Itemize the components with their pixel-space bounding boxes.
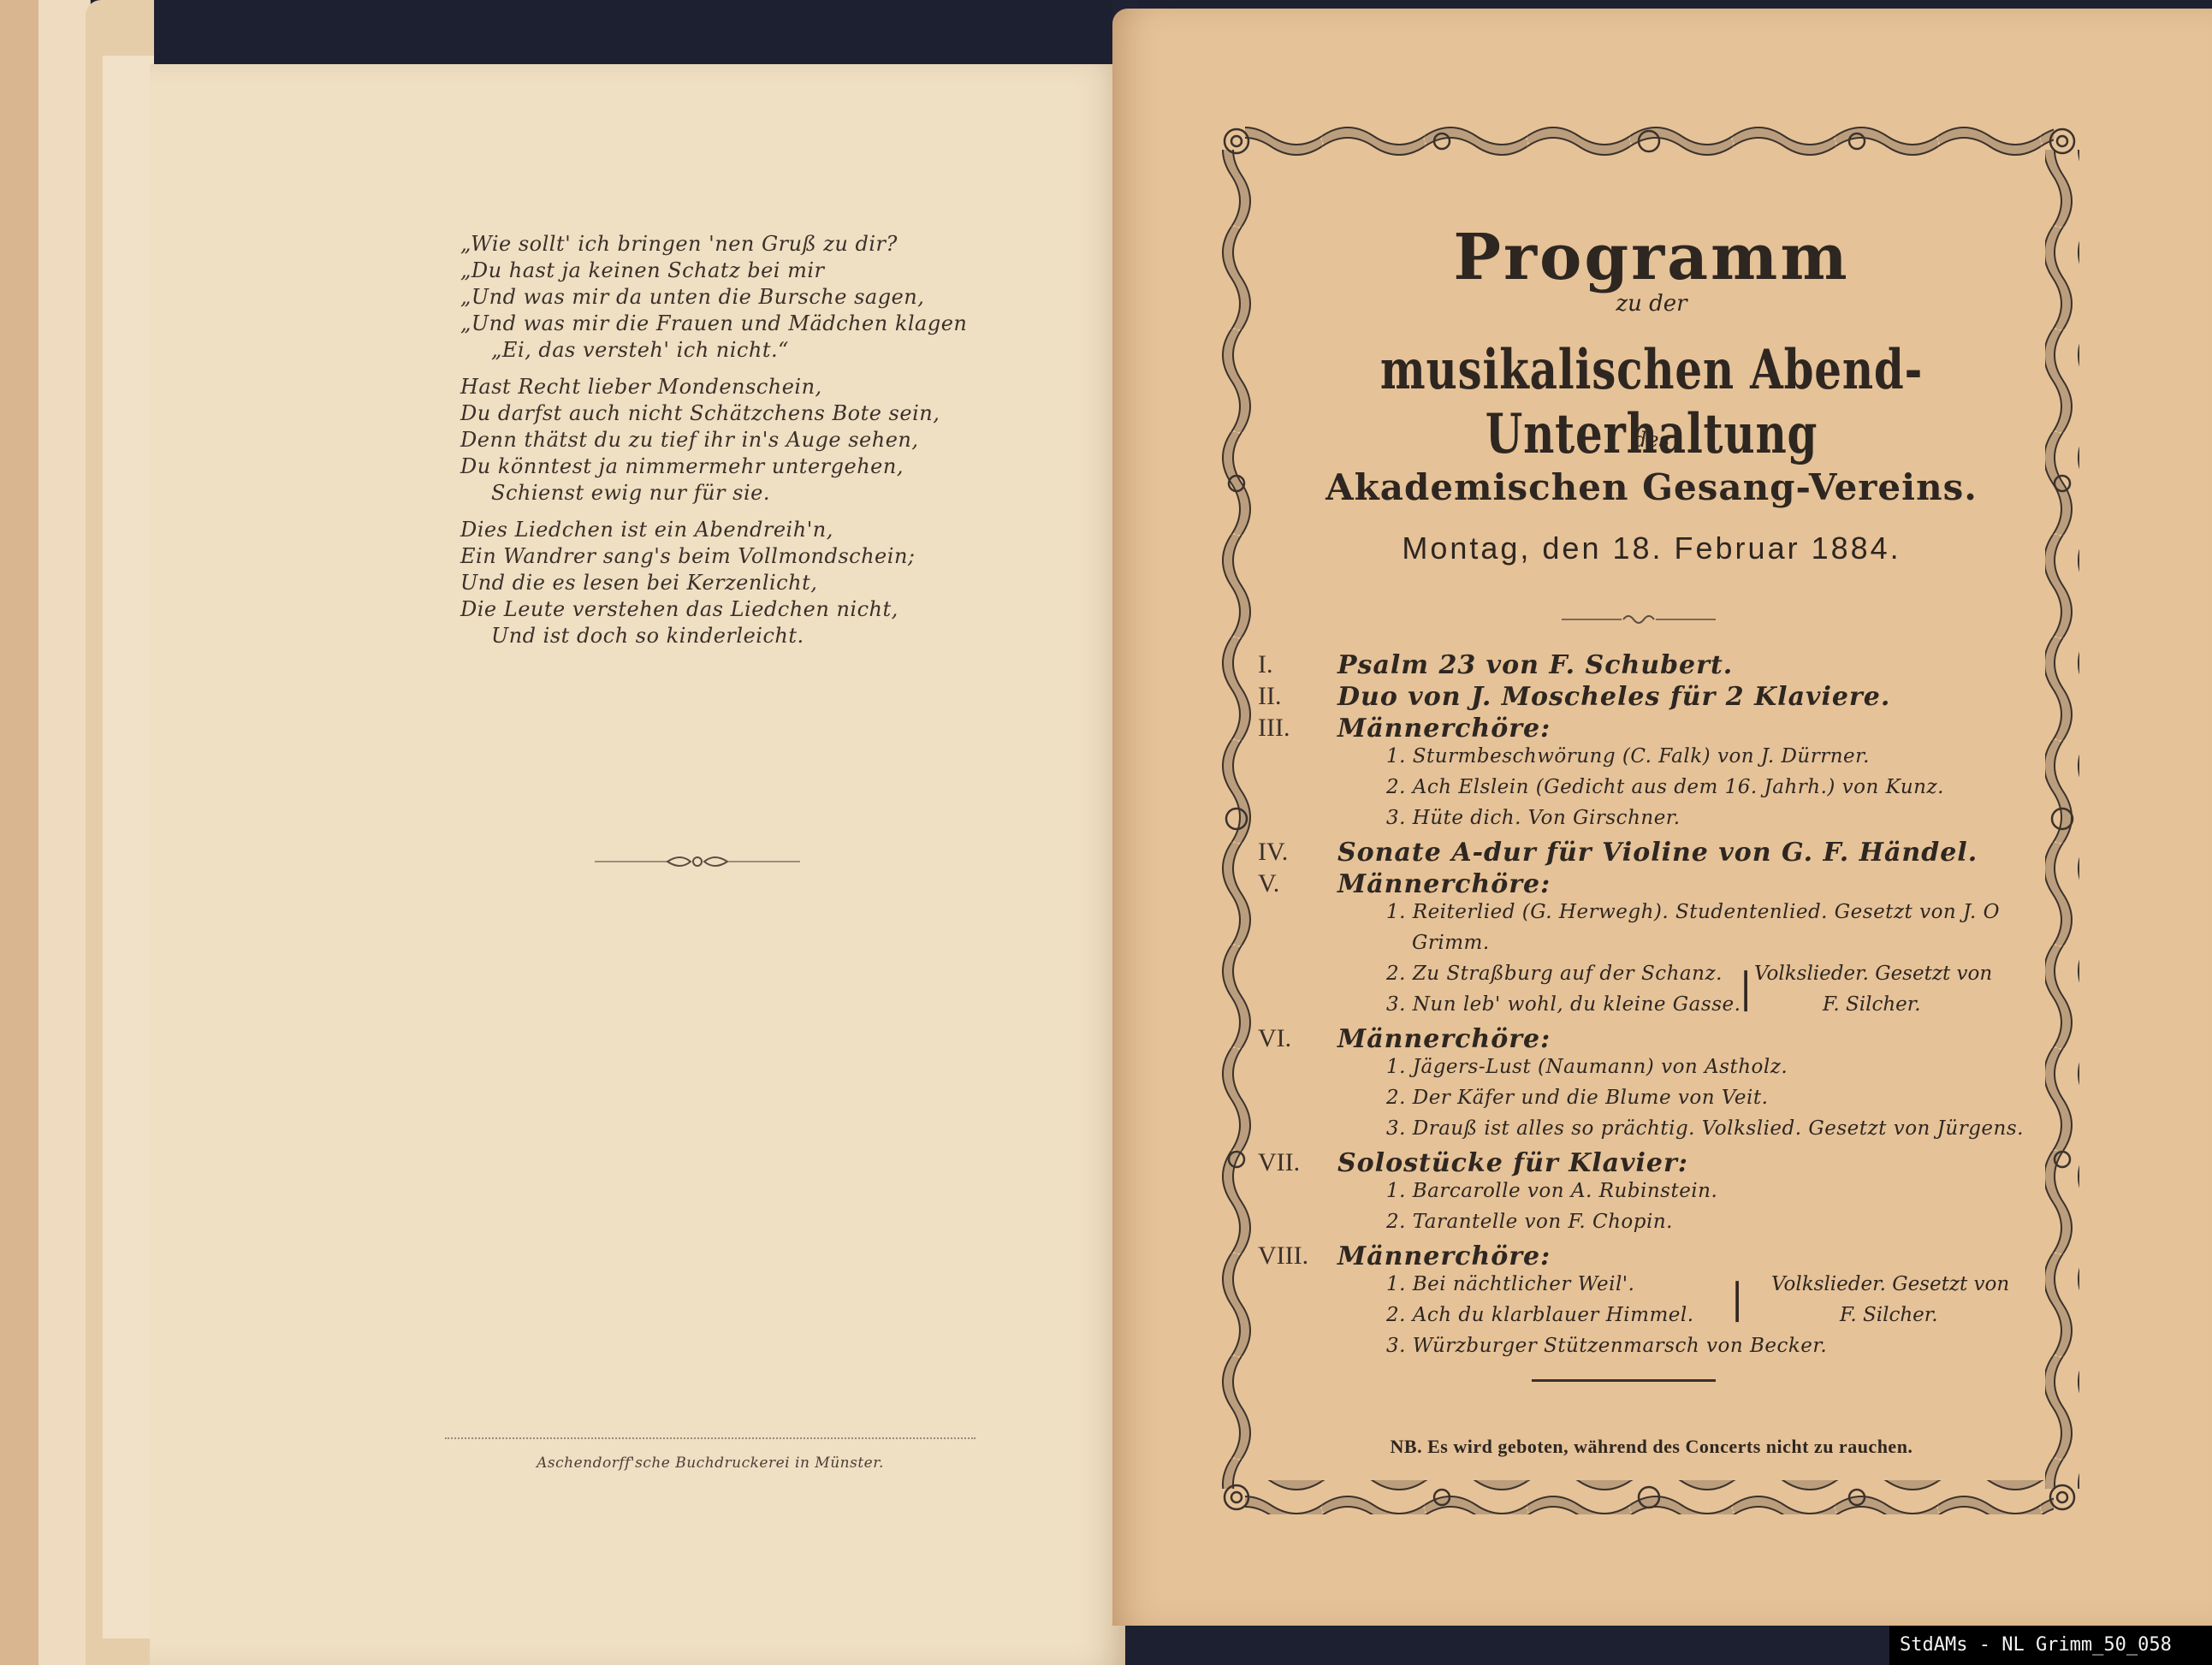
program-item: III. Männerchöre: <box>1258 714 2028 745</box>
program-subitem: 3. Drauß ist alles so prächtig. Volkslie… <box>1258 1117 2028 1148</box>
program-subitem: 1. Barcarolle von A. Rubinstein. <box>1258 1180 2028 1211</box>
poem-line: Und ist doch so kinderleicht. <box>460 623 991 649</box>
poem-stanza: „Wie sollt' ich bringen 'nen Gruß zu dir… <box>460 231 991 364</box>
program-item-title: Psalm 23 von F. Schubert. <box>1337 650 1733 680</box>
poem-line: „Ei, das versteh' ich nicht.“ <box>460 337 991 364</box>
divider-ornament-icon <box>1562 607 1716 628</box>
poem-line: Hast Recht lieber Mondenschein, <box>460 374 991 400</box>
poem-line: „Und was mir da unten die Bursche sagen, <box>460 284 991 311</box>
program-item: VI. Männerchöre: <box>1258 1024 2028 1056</box>
program-title: Programm <box>1266 221 2037 294</box>
poem-line: „Wie sollt' ich bringen 'nen Gruß zu dir… <box>460 231 991 258</box>
brace-icon: ⎪ <box>1724 1277 1750 1328</box>
poem-line: „Du hast ja keinen Schatz bei mir <box>460 258 991 284</box>
program-item-title: Sonate A-dur für Violine von G. F. Hände… <box>1337 838 1978 868</box>
brace-note: F. Silcher. <box>1823 993 1921 1016</box>
poem-line: Die Leute verstehen das Liedchen nicht, <box>460 596 991 623</box>
society-name: Akademischen Gesang-Vereins. <box>1266 466 2037 508</box>
program-subitem: 2. Der Käfer und die Blume von Veit. <box>1258 1087 2028 1117</box>
program-numeral: I. <box>1258 650 1273 679</box>
program-item-title: Männerchöre: <box>1337 714 1551 744</box>
program-zu-der: zu der <box>1266 291 2037 317</box>
program-subitem: 3. Würzburger Stützenmarsch von Becker. <box>1258 1335 2028 1366</box>
program-item-title: Männerchöre: <box>1337 1024 1551 1054</box>
poem-stanza: Dies Liedchen ist ein Abendreih'n, Ein W… <box>460 517 991 649</box>
program-item-title: Männerchöre: <box>1337 1241 1551 1271</box>
program-numeral: V. <box>1258 869 1279 898</box>
poem-line: Du darfst auch nicht Schätzchens Bote se… <box>460 400 991 427</box>
program-subitem: 1. Jägers-Lust (Naumann) von Astholz. <box>1258 1056 2028 1087</box>
program-subitem: 3. Hüte dich. Von Girschner. <box>1258 807 2028 838</box>
brace-note: F. Silcher. <box>1840 1304 1938 1326</box>
program-subitem: 1. Sturmbeschwörung (C. Falk) von J. Dür… <box>1258 745 2028 776</box>
event-date: Montag, den 18. Februar 1884. <box>1266 530 2037 566</box>
program-item: VIII. Männerchöre: <box>1258 1241 2028 1273</box>
horizontal-rule <box>1532 1379 1716 1382</box>
program-subitem-continuation: Grimm. <box>1258 932 2028 963</box>
program-numeral: III. <box>1258 714 1290 743</box>
program-numeral: IV. <box>1258 838 1288 867</box>
program-list: I. Psalm 23 von F. Schubert. II. Duo von… <box>1258 650 2028 1366</box>
brace-note: Volkslieder. Gesetzt von <box>1754 963 1992 985</box>
poem-line: Denn thätst du zu tief ihr in's Auge seh… <box>460 427 991 453</box>
printer-imprint-text: Aschendorff'sche Buchdruckerei in Münste… <box>445 1455 976 1472</box>
archive-watermark: StdAMs - NL Grimm_50_058 <box>1889 1626 2212 1665</box>
printer-imprint: Aschendorff'sche Buchdruckerei in Münste… <box>445 1437 976 1472</box>
wavy-rule <box>445 1437 976 1448</box>
program-item: II. Duo von J. Moscheles für 2 Klaviere. <box>1258 682 2028 714</box>
poem-line: Ein Wandrer sang's beim Vollmondschein; <box>460 543 991 570</box>
program-subitem: 2. Ach Elslein (Gedicht aus dem 16. Jahr… <box>1258 776 2028 807</box>
program-subitem: 2. Tarantelle von F. Chopin. <box>1258 1211 2028 1241</box>
page-edge <box>103 56 154 1638</box>
program-numeral: II. <box>1258 682 1281 711</box>
program-item: V. Männerchöre: <box>1258 869 2028 901</box>
program-numeral: VI. <box>1258 1024 1291 1053</box>
poem-line: Schienst ewig nur für sie. <box>460 480 991 507</box>
program-item: IV. Sonate A-dur für Violine von G. F. H… <box>1258 838 2028 869</box>
poem-line: Dies Liedchen ist ein Abendreih'n, <box>460 517 991 543</box>
program-item: VII. Solostücke für Klavier: <box>1258 1148 2028 1180</box>
program-numeral: VIII. <box>1258 1241 1308 1271</box>
divider-ornament-icon <box>595 851 800 872</box>
program-item-title: Solostücke für Klavier: <box>1337 1148 1688 1178</box>
program-numeral: VII. <box>1258 1148 1300 1177</box>
program-subitem-group: 2. Zu Straßburg auf der Schanz. 3. Nun l… <box>1258 963 2028 1024</box>
poem-line: Und die es lesen bei Kerzenlicht, <box>460 570 991 596</box>
brace-note: Volkslieder. Gesetzt von <box>1771 1273 2009 1295</box>
program-subitem: 1. Reiterlied (G. Herwegh). Studentenlie… <box>1258 901 2028 932</box>
program-item-title: Duo von J. Moscheles für 2 Klaviere. <box>1337 682 1890 712</box>
poem-stanza: Hast Recht lieber Mondenschein, Du darfs… <box>460 374 991 507</box>
smoking-notice: NB. Es wird geboten, während des Concert… <box>1266 1436 2037 1458</box>
poem: „Wie sollt' ich bringen 'nen Gruß zu dir… <box>460 231 991 660</box>
program-des: des <box>1266 428 2037 452</box>
program-item: I. Psalm 23 von F. Schubert. <box>1258 650 2028 682</box>
program-subitem-group: 1. Bei nächtlicher Weil'. 2. Ach du klar… <box>1258 1273 2028 1335</box>
brace-icon: ⎪ <box>1733 966 1758 1017</box>
poem-line: „Und was mir die Frauen und Mädchen klag… <box>460 311 991 337</box>
page-edge <box>39 0 91 1665</box>
program-item-title: Männerchöre: <box>1337 869 1551 899</box>
poem-line: Du könntest ja nimmermehr untergehen, <box>460 453 991 480</box>
